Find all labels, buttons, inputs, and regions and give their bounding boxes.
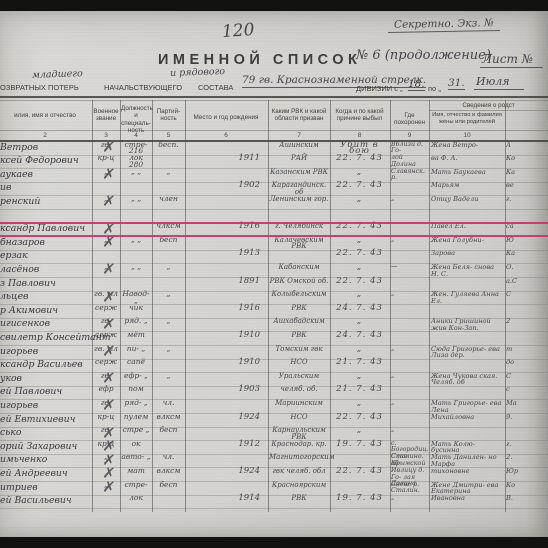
cell-when: „ bbox=[331, 237, 388, 244]
cell-party: бесп. bbox=[153, 142, 184, 149]
cell-name: свилетр Консейтант bbox=[0, 332, 90, 343]
cell-party: „ bbox=[153, 169, 184, 176]
col-header-kin-group: Сведения о родст bbox=[429, 102, 548, 109]
table-row: ськогв.стре „беспКарнаульским РВК„„✗ bbox=[0, 427, 548, 441]
cell-birth: 1916 bbox=[186, 305, 266, 312]
handwritten-date-to: 31. bbox=[448, 77, 465, 90]
cell-party: „ bbox=[153, 346, 184, 353]
table-row: аукаев„„ „„Казанским РВК„Славянск. р.Мат… bbox=[0, 168, 548, 182]
cell-when: „ bbox=[331, 291, 388, 298]
page-number: 120 bbox=[221, 20, 255, 42]
cell-kin2: са bbox=[506, 223, 548, 230]
cell-name: ксандр Васильев bbox=[0, 359, 90, 370]
cell-name: ерзак bbox=[0, 250, 90, 261]
scanner-bar-top bbox=[0, 0, 548, 11]
cell-rvk: челяб. об. bbox=[269, 386, 329, 393]
table-row: ренский„„ „членЛенинским гор.„„Отцу Ваде… bbox=[0, 195, 548, 209]
cell-name: ей Павлович bbox=[0, 386, 90, 397]
cell-duty: ок bbox=[121, 441, 151, 448]
cell-party: „ bbox=[153, 373, 184, 380]
cell-kin: тихоновне bbox=[431, 468, 503, 475]
subtitle-division: ДИВИЗИИ с „ bbox=[356, 84, 403, 93]
secret-stamp: Секретно. Экз. № bbox=[388, 17, 500, 33]
cell-kin2: 2. bbox=[506, 454, 548, 461]
cell-party: бесп bbox=[153, 237, 184, 244]
cell-kin2: А bbox=[506, 142, 548, 149]
cell-kin: Жена Чукова ская. Челяб. об bbox=[431, 373, 503, 387]
highlight-marker-bottom bbox=[0, 235, 548, 237]
cell-kin: Мать Колю- бусинна bbox=[431, 441, 503, 455]
cell-name: сько bbox=[0, 427, 90, 438]
cell-kin2: г. bbox=[506, 441, 548, 448]
cell-name: ей Евтихиевич bbox=[0, 414, 90, 425]
col-header-party: Партий- ность bbox=[153, 108, 184, 123]
cell-party: бесп bbox=[153, 482, 184, 489]
cell-when: 22. 7. 43 bbox=[331, 182, 388, 189]
cell-where: „ bbox=[391, 196, 428, 203]
handwritten-month: Июля bbox=[474, 75, 524, 90]
col-header-when: Когда и по какой причине выбыл bbox=[331, 108, 388, 123]
table-row: бназаров„„ „беспКалачевским РВК„„Жена Го… bbox=[0, 236, 548, 250]
cell-when: „ bbox=[331, 264, 388, 271]
cell-when: „ bbox=[331, 318, 388, 325]
cell-rvk: Казанским РВК bbox=[269, 169, 329, 176]
cell-name: ренский bbox=[0, 196, 90, 207]
cell-kin: Мать Данилен- но Марфа bbox=[431, 454, 503, 468]
cell-rvk: Кабанским bbox=[269, 264, 329, 271]
cell-rvk: Ашхабадским bbox=[269, 318, 329, 325]
cell-duty: сапё bbox=[121, 359, 151, 366]
subtitle-nachsostav: НАЧАЛЬСТВУЮЩЕГО bbox=[104, 83, 182, 92]
cell-rvk: РВК bbox=[269, 495, 329, 502]
table-row: ласёнов„„ „„Кабанским„—Жена Беля- снова … bbox=[0, 263, 548, 277]
col-header-birth: Место и год рождения bbox=[186, 114, 266, 121]
table-row: ей Евтихиевичкр-цпулемвлксм1924НСО22. 7.… bbox=[0, 413, 548, 427]
col-num-duty: 4 bbox=[121, 132, 151, 139]
cell-kin: Мать Григорье- ева Лена bbox=[431, 400, 503, 414]
col-header-rvk: Каким РВК и какой области призван bbox=[269, 108, 329, 123]
cell-name: ксандр Павлович bbox=[0, 223, 90, 234]
cell-kin2: С bbox=[506, 291, 548, 298]
cell-rank: кр-ц bbox=[93, 414, 119, 421]
cell-duty: чик bbox=[121, 305, 151, 312]
cell-duty: пи- „ bbox=[121, 346, 151, 353]
cell-rvk: Карагандинск. об bbox=[269, 182, 329, 196]
cell-rvk: г. Челябинск bbox=[269, 223, 329, 230]
col-num-birth: 6 bbox=[186, 132, 266, 139]
cell-where: „ bbox=[391, 427, 428, 434]
cell-when: 19. 7. 43 bbox=[331, 495, 388, 502]
cell-rvk: РВК bbox=[269, 332, 329, 339]
document-title: ИМЕННОЙ СПИСОК bbox=[158, 52, 361, 68]
col-num-name: 2 bbox=[0, 132, 90, 139]
cell-rvk: Карнаульским РВК bbox=[269, 427, 329, 441]
cell-rvk: Уральским bbox=[269, 373, 329, 380]
cell-when: „ bbox=[331, 346, 388, 353]
cell-duty: мат bbox=[121, 468, 151, 475]
cell-when: 19. 7. 43 bbox=[331, 441, 388, 448]
cell-rvk: НСО bbox=[269, 359, 329, 366]
cell-duty: ряд- „ bbox=[121, 400, 151, 407]
subtitle-po: по „ bbox=[428, 84, 441, 93]
cell-kin: Жен. Гуляева Анна Ел. bbox=[431, 291, 503, 305]
cell-rank: серж bbox=[93, 305, 119, 312]
cell-birth: 1916 bbox=[186, 223, 266, 230]
cell-duty: стре „ bbox=[121, 427, 151, 434]
cell-party: чл. bbox=[153, 454, 184, 461]
header-number-divider bbox=[0, 130, 548, 131]
table-row: орий Захаровичкр-цок1912Краснодар. кр.19… bbox=[0, 440, 548, 454]
cell-duty: лок bbox=[121, 495, 151, 502]
cell-party: члксм bbox=[153, 223, 184, 230]
cell-rvk: Калачевским РВК bbox=[269, 237, 329, 251]
table-row: имьченко„авто- „чл.МагнитогорскимСталино… bbox=[0, 454, 548, 468]
cell-where: „ bbox=[391, 237, 428, 244]
subtitle-losses: ОЗВРАТНЫХ ПОТЕРЬ bbox=[0, 83, 79, 92]
list-number: № 6 (продолжение) bbox=[356, 48, 491, 63]
table-row: уковгв.ефр- „„Уральским„„Жена Чукова ска… bbox=[0, 372, 548, 386]
table-row bbox=[0, 209, 548, 223]
cell-rvk: Ленинским гор. bbox=[269, 196, 329, 203]
table-row: игорьевгв.ряд- „чл.Мариинским„„Мать Григ… bbox=[0, 399, 548, 413]
cell-party: „ bbox=[153, 291, 184, 298]
cell-where: „ bbox=[391, 495, 428, 502]
double-rule-top bbox=[0, 96, 548, 98]
cell-birth: 1914 bbox=[186, 495, 266, 502]
cell-kin2: В. bbox=[506, 495, 548, 502]
cell-rvk: Краснодар. кр. bbox=[269, 441, 329, 448]
cell-kin: Мать Баукаева bbox=[431, 169, 503, 176]
cell-rank: кр-ц bbox=[93, 155, 119, 162]
cell-kin: Сюда Григорье- ева Лиза дер. bbox=[431, 346, 503, 360]
cell-name: итриев bbox=[0, 482, 90, 493]
cell-kin: Жене Дмитри- ева Екатерина bbox=[431, 482, 503, 496]
table-row: р Акимовичсержчик1916РВК24. 7. 43 bbox=[0, 304, 548, 318]
cell-where: „ bbox=[391, 346, 428, 353]
cell-rvk: НСО bbox=[269, 414, 329, 421]
col-num-kin: 10 bbox=[431, 132, 503, 139]
cell-birth: 1891 bbox=[186, 278, 266, 285]
table-row: ив1902Карагандинск. об22. 7. 43Марьямве bbox=[0, 182, 548, 196]
cell-rvk: Колыбельским bbox=[269, 291, 329, 298]
cell-name: орий Захарович bbox=[0, 441, 90, 452]
cell-kin2: с bbox=[506, 386, 548, 393]
cell-rvk: РВК Омской об. bbox=[269, 278, 329, 285]
cell-duty: „ „ bbox=[121, 196, 151, 203]
highlight-marker-top bbox=[0, 222, 548, 224]
cell-kin2: ве bbox=[506, 182, 548, 189]
cell-when: „ bbox=[331, 169, 388, 176]
scanned-document: 120 Секретно. Экз. № ИМЕННОЙ СПИСОК № 6 … bbox=[0, 0, 548, 548]
cell-kin: Отцу Вадели bbox=[431, 196, 503, 203]
cell-when: „ bbox=[331, 196, 388, 203]
cell-rvk: Ашинским bbox=[269, 142, 329, 149]
cell-party: влксм bbox=[153, 414, 184, 421]
col-num-rvk: 7 bbox=[269, 132, 329, 139]
cell-name: игорьев bbox=[0, 400, 90, 411]
cell-rvk: Магнитогорским bbox=[269, 454, 329, 461]
cell-kin2: 2 bbox=[506, 318, 548, 325]
cell-when: 21. 7. 43 bbox=[331, 386, 388, 393]
cell-where: Свеш. р. Сталин. bbox=[391, 482, 428, 496]
cell-where: — bbox=[391, 264, 428, 271]
cell-kin: Павел Ел. bbox=[431, 223, 503, 230]
cell-name: имьченко bbox=[0, 454, 90, 465]
cell-party: влксм bbox=[153, 468, 184, 475]
cell-kin2: 9. bbox=[506, 414, 548, 421]
cell-name: з Павлович bbox=[0, 278, 90, 289]
cell-kin: Ивановна bbox=[431, 495, 503, 502]
cell-where: „ bbox=[391, 291, 428, 298]
cell-when: „ bbox=[331, 373, 388, 380]
cell-when: 22. 7. 43 bbox=[331, 414, 388, 421]
insertion-mladshego: младшего bbox=[32, 68, 83, 81]
table-row: свилетр Консейтантсержмёт1910РВК24. 7. 4… bbox=[0, 331, 548, 345]
cell-birth: 1903 bbox=[186, 386, 266, 393]
cell-birth: 1910 bbox=[186, 359, 266, 366]
cell-birth: 1924 bbox=[186, 468, 266, 475]
cell-kin: Зарова bbox=[431, 250, 503, 257]
subtitle-sostava: СОСТАВА bbox=[198, 83, 233, 92]
cell-where: Славянск. р. bbox=[391, 169, 428, 183]
double-rule-bottom bbox=[0, 100, 548, 101]
cell-party: „ bbox=[153, 264, 184, 271]
cell-kin2: т bbox=[506, 346, 548, 353]
cell-name: игисенков bbox=[0, 318, 90, 329]
cell-duty: авто- „ bbox=[121, 454, 151, 461]
table-rule bbox=[0, 508, 548, 509]
cell-when: 22. 7. 43 bbox=[331, 223, 388, 230]
cell-rank: серж bbox=[93, 359, 119, 366]
cell-when: 22. 7. 43 bbox=[331, 278, 388, 285]
cell-name: р Акимович bbox=[0, 305, 90, 316]
table-row: ей Андреевичматвлксм1924гвк челяб. обл22… bbox=[0, 467, 548, 481]
cell-when: „ bbox=[331, 400, 388, 407]
cell-rvk: гвк челяб. обл bbox=[269, 468, 329, 475]
table-row: з Павлович1891РВК Омской об.22. 7. 43а.С bbox=[0, 277, 548, 291]
cell-when: „ bbox=[331, 427, 388, 434]
cell-kin2: г. bbox=[506, 196, 548, 203]
table-row: ей Павловичефрпом1903челяб. об.21. 7. 43… bbox=[0, 386, 548, 400]
cell-where: „ bbox=[391, 373, 428, 380]
cell-kin2: Ко bbox=[506, 482, 548, 489]
table-row: ксей Федоровичкр-цлок 2801911РАЙ22. 7. 4… bbox=[0, 155, 548, 169]
table-row: ерзак191322. 7. 43ЗароваКа bbox=[0, 250, 548, 264]
cell-name: Ветров bbox=[0, 142, 90, 153]
cell-kin2: Ка bbox=[506, 169, 548, 176]
cell-rvk: РАЙ bbox=[269, 155, 329, 162]
cell-name: бназаров bbox=[0, 237, 90, 248]
cell-kin2: до bbox=[506, 359, 548, 366]
cell-name: игорьев bbox=[0, 346, 90, 357]
cell-when: 22. 7. 43 bbox=[331, 250, 388, 257]
cell-where: лой Долина bbox=[391, 155, 428, 169]
cell-name: ив bbox=[0, 182, 90, 193]
cell-when: 21. 7. 43 bbox=[331, 359, 388, 366]
col-num-where: 9 bbox=[391, 132, 428, 139]
cell-name: ксей Федорович bbox=[0, 155, 90, 166]
cell-kin: Марьям bbox=[431, 182, 503, 189]
cell-kin2: Ка bbox=[506, 250, 548, 257]
table-row: игисенковгв.ряд. „„Ашхабадским„Аники Гри… bbox=[0, 318, 548, 332]
cell-birth: 1902 bbox=[186, 182, 266, 189]
cell-party: „ bbox=[153, 318, 184, 325]
table-row: итриев„стре-беспКрасноярскимСвеш. р. Ста… bbox=[0, 481, 548, 495]
table-row: игорьевгв. млпи- „„Томским гвк„„Сюда Гри… bbox=[0, 345, 548, 359]
cell-duty: „ „ bbox=[121, 169, 151, 176]
cell-kin: Аники Гришиной жив Кон-Зап. bbox=[431, 318, 503, 332]
cell-birth: 1924 bbox=[186, 414, 266, 421]
kin-group-divider bbox=[429, 110, 548, 111]
cell-name: ей Андреевич bbox=[0, 468, 90, 479]
cell-party: член bbox=[153, 196, 184, 203]
cell-rvk: Красноярским bbox=[269, 482, 329, 489]
cell-where: „ bbox=[391, 400, 428, 407]
handwritten-date-from: 18. bbox=[408, 78, 425, 91]
cell-duty: ефр- „ bbox=[121, 373, 151, 380]
cell-duty: мёт bbox=[121, 332, 151, 339]
col-header-rank: Военное звание bbox=[93, 108, 119, 123]
cell-when: 22. 7. 43 bbox=[331, 468, 388, 475]
col-header-where: Где похоронен bbox=[391, 112, 428, 127]
cell-kin: Михайловна bbox=[431, 414, 503, 421]
col-header-name: илия, имя и отчество bbox=[0, 112, 90, 119]
cell-rvk: Томским гвк bbox=[269, 346, 329, 353]
cell-name: ей Васильевич bbox=[0, 495, 90, 506]
cell-duty: „ „ bbox=[121, 237, 151, 244]
cell-name: уков bbox=[0, 373, 90, 384]
cell-duty: ряд. „ bbox=[121, 318, 151, 325]
cell-name: аукаев bbox=[0, 169, 90, 180]
sheet-number-label: Лист № bbox=[480, 52, 543, 68]
cell-name: льцев bbox=[0, 291, 90, 302]
table-row: Ветровгв.стре- 216бесп.АшинскимУбит в бо… bbox=[0, 141, 548, 155]
cell-rvk: РВК bbox=[269, 305, 329, 312]
cell-kin2: О. bbox=[506, 264, 548, 271]
cell-duty: пом bbox=[121, 386, 151, 393]
cell-kin2: Ю bbox=[506, 237, 548, 244]
cell-name: ласёнов bbox=[0, 264, 90, 275]
table-row: ей Васильевичлок1914РВК19. 7. 43„Ивановн… bbox=[0, 495, 548, 509]
cell-kin2: а.С bbox=[506, 278, 548, 285]
cell-party: чл. bbox=[153, 400, 184, 407]
col-num-party: 5 bbox=[153, 132, 184, 139]
cell-kin2: Ко bbox=[506, 155, 548, 162]
cell-birth: 1911 bbox=[186, 155, 266, 162]
cell-duty: стре- bbox=[121, 482, 151, 489]
cell-kin: Жена Голубни- bbox=[431, 237, 503, 244]
cell-party: бесп bbox=[153, 427, 184, 434]
table-row: льцевгв. млНавод- „„Колыбельским„„Жен. Г… bbox=[0, 291, 548, 305]
insertion-i-ryadovogo: и рядового bbox=[170, 66, 225, 79]
table-row: ксандр Васильевсержсапё1910НСО21. 7. 43д… bbox=[0, 359, 548, 373]
cell-birth: 1910 bbox=[186, 332, 266, 339]
cell-duty: пулем bbox=[121, 414, 151, 421]
cell-birth: 1913 bbox=[186, 250, 266, 257]
cell-kin2: Ма bbox=[506, 400, 548, 407]
cell-when: 24. 7. 43 bbox=[331, 332, 388, 339]
cell-kin2: С bbox=[506, 373, 548, 380]
cell-birth: 1912 bbox=[186, 441, 266, 448]
cell-when: 22. 7. 43 bbox=[331, 155, 388, 162]
cell-kin2: Юр bbox=[506, 468, 548, 475]
cell-where: Сталино. об bbox=[391, 454, 428, 468]
cell-when: 24. 7. 43 bbox=[331, 305, 388, 312]
cell-rank: серж bbox=[93, 332, 119, 339]
cell-rank: ефр bbox=[93, 386, 119, 393]
cell-rvk: Мариинским bbox=[269, 400, 329, 407]
cell-duty: „ „ bbox=[121, 264, 151, 271]
col-header-kin: Имя, отчество и фамилия жены или родител… bbox=[431, 112, 503, 126]
cell-kin: ва Ф. А. bbox=[431, 155, 503, 162]
col-num-when: 8 bbox=[331, 132, 388, 139]
cell-kin: Жена Беля- снова Н. С. bbox=[431, 264, 503, 278]
cell-where: Вблизи д. Го- bbox=[391, 142, 428, 156]
cell-kin: Жена Ветро- bbox=[431, 142, 503, 149]
